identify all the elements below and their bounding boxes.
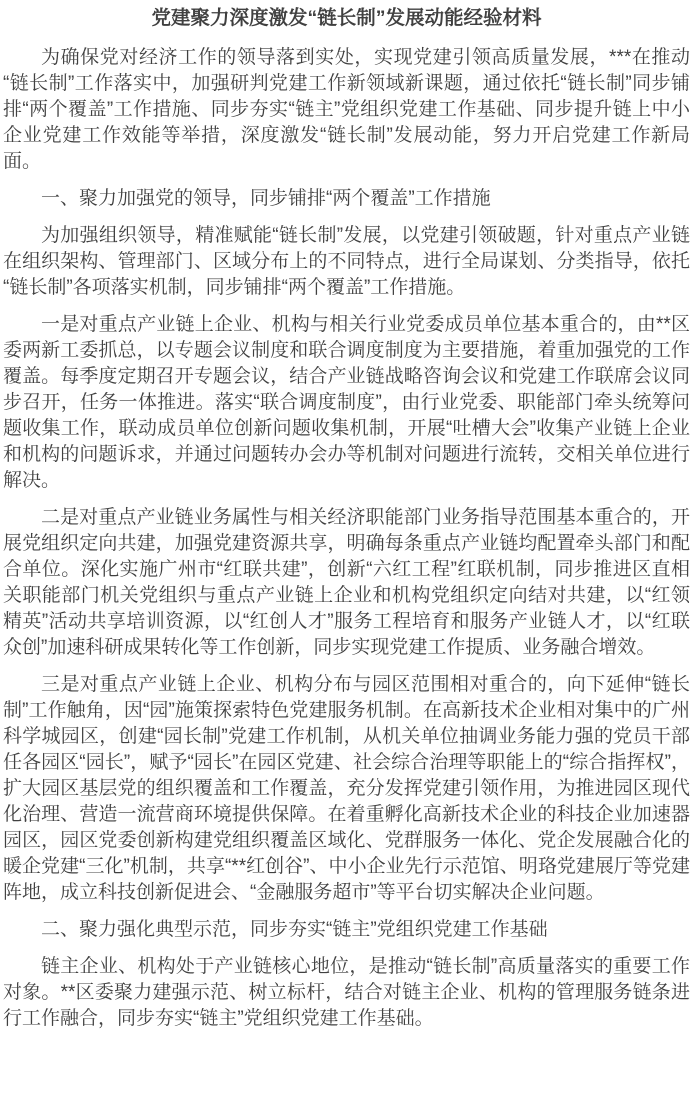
document-title: 党建聚力深度激发“链长制”发展动能经验材料 [3,5,690,31]
paragraph: 三是对重点产业链上企业、机构分布与园区范围相对重合的，向下延伸“链长制”工作触角… [3,672,690,906]
paragraph: 链主企业、机构处于产业链核心地位，是推动“链长制”高质量落实的重要工作对象。**… [3,954,690,1032]
paragraph: 一是对重点产业链上企业、机构与相关行业党委成员单位基本重合的，由**区委两新工委… [3,312,690,494]
document-body: 为确保党对经济工作的领导落到实处，实现党建引领高质量发展，***在推动“链长制”… [3,45,690,1032]
section-heading: 一、聚力加强党的领导，同步铺排“两个覆盖”工作措施 [3,186,690,212]
section-heading: 二、聚力强化典型示范，同步夯实“链主”党组织党建工作基础 [3,917,690,943]
document-page: 党建聚力深度激发“链长制”发展动能经验材料 为确保党对经济工作的领导落到实处，实… [0,0,693,1097]
paragraph: 为加强组织领导，精准赋能“链长制”发展，以党建引领破题，针对重点产业链在组织架构… [3,223,690,301]
paragraph: 为确保党对经济工作的领导落到实处，实现党建引领高质量发展，***在推动“链长制”… [3,45,690,175]
paragraph: 二是对重点产业链业务属性与相关经济职能部门业务指导范围基本重合的，开展党组织定向… [3,505,690,661]
